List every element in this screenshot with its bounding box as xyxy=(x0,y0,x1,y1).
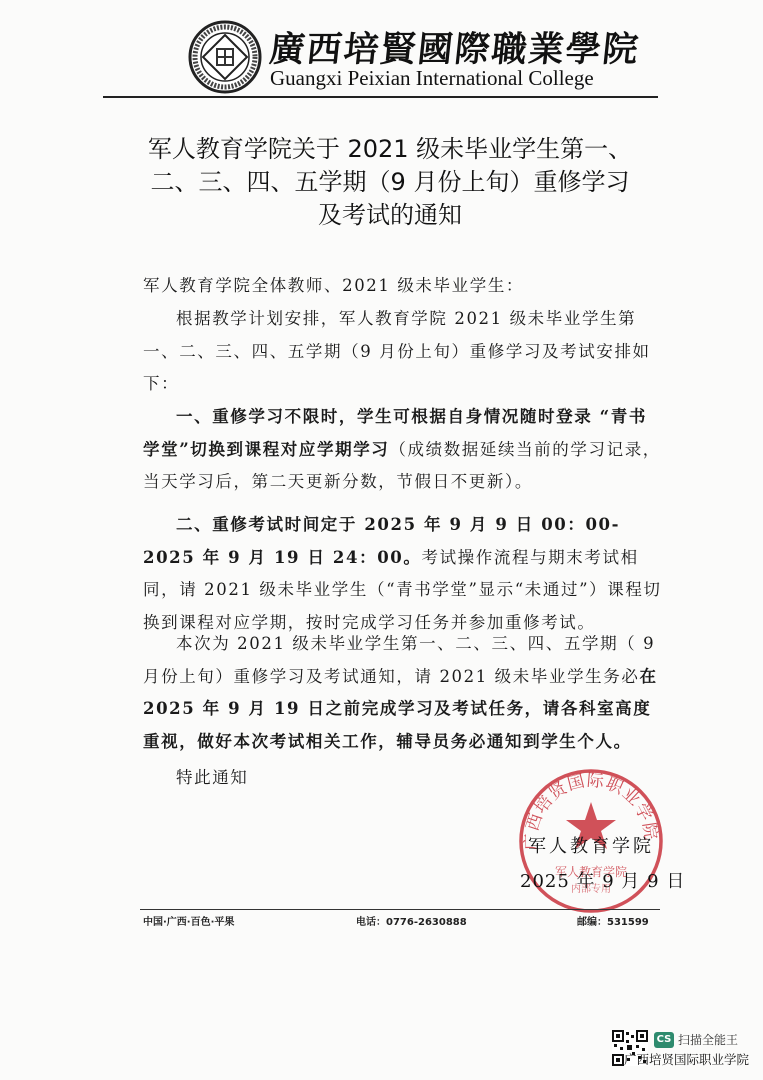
footer-phone: 电话：0776-2630888 xyxy=(356,913,467,928)
paragraph-exam: 二、重修考试时间定于 2025 年 9 月 9 日 00：00-2025 年 9… xyxy=(143,509,663,639)
school-name-cn: 廣西培賢國際職業學院 xyxy=(267,22,642,72)
scanner-watermark: CS 扫描全能王 广西培贤国际职业学院 xyxy=(612,1027,762,1072)
greeting: 军人教育学院全体教师、2021 级未毕业学生： xyxy=(143,270,663,303)
signature-org: 军人教育学院 xyxy=(528,832,654,858)
camscanner-logo-icon: CS xyxy=(654,1032,674,1048)
closing-text: 特此通知 xyxy=(176,764,248,788)
school-emblem-icon xyxy=(188,20,262,94)
school-name-en: Guangxi Peixian International College xyxy=(270,66,594,91)
paragraph-study: 一、重修学习不限时，学生可根据自身情况随时登录 “青书学堂”切换到课程对应学期学… xyxy=(143,401,663,499)
letterhead: 廣西培賢國際職業學院 Guangxi Peixian International… xyxy=(188,18,608,90)
paragraph-summary: 本次为 2021 级未毕业学生第一、二、三、四、五学期（ 9 月份上旬）重修学习… xyxy=(143,628,663,758)
title-line-2: 二、三、四、五学期（9 月份上旬）重修学习 xyxy=(120,166,660,199)
title-line-3: 及考试的通知 xyxy=(120,199,660,232)
paragraph-intro: 根据教学计划安排，军人教育学院 2021 级未毕业学生第一、二、三、四、五学期（… xyxy=(143,303,663,401)
signature-date: 2025 年 9 月 9 日 xyxy=(520,867,685,893)
camscanner-app-name: 扫描全能王 xyxy=(678,1031,738,1048)
footer-address: 中国·广西·百色·平果 xyxy=(143,913,234,928)
footer-postcode: 邮编：531599 xyxy=(577,913,649,928)
title-line-1: 军人教育学院关于 2021 级未毕业学生第一、 xyxy=(120,133,660,166)
watermark-school-name: 广西培贤国际职业学院 xyxy=(624,1050,749,1068)
header-divider xyxy=(103,96,658,98)
footer-divider xyxy=(140,909,660,910)
paragraph-summary-a: 本次为 2021 级未毕业学生第一、二、三、四、五学期（ 9 月份上旬）重修学习… xyxy=(143,634,655,686)
notice-title: 军人教育学院关于 2021 级未毕业学生第一、 二、三、四、五学期（9 月份上旬… xyxy=(120,133,660,232)
